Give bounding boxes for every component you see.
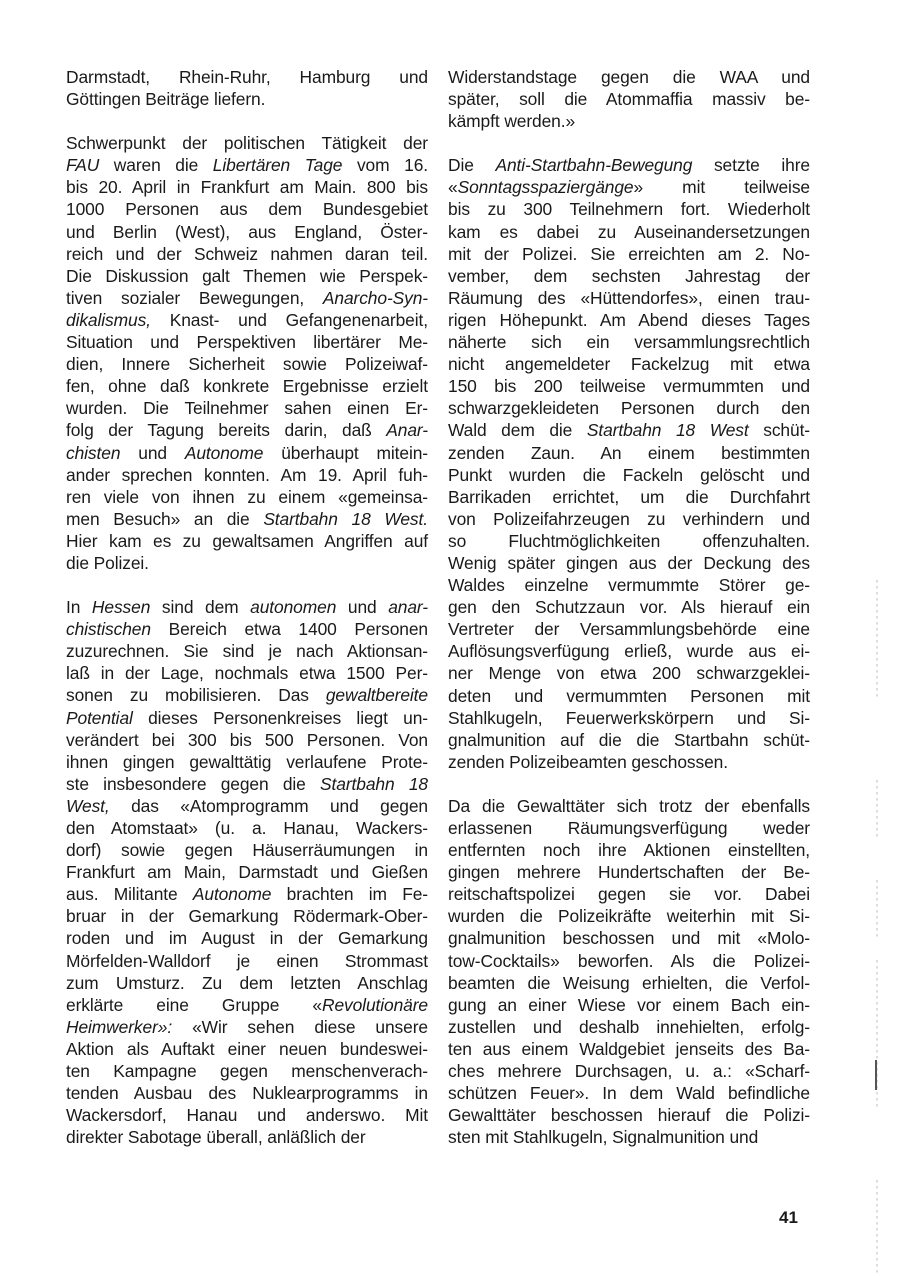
text-line: kämpft werden.»: [448, 110, 810, 132]
text-line: von Polizeifahrzeugen zu verhindern und: [448, 508, 810, 530]
text-line: Da die Gewalttäter sich trotz der ebenfa…: [448, 795, 810, 817]
text-line: wurden. Die Teilnehmer sahen einen Er-: [66, 397, 428, 419]
text-line: gingen mehrere Hundertschaften der Be-: [448, 861, 810, 883]
text-line: Hier kam es zu gewaltsamen Angriffen auf: [66, 530, 428, 552]
text-line: aus. Militante Autonome brachten im Fe-: [66, 883, 428, 905]
text-line: bruar in der Gemarkung Rödermark-Ober-: [66, 905, 428, 927]
text-line: men Besuch» an die Startbahn 18 West.: [66, 508, 428, 530]
text-line: dien, Innere Sicherheit sowie Polizeiwaf…: [66, 353, 428, 375]
text-line: Räumung des «Hüttendorfes», einen trau-: [448, 287, 810, 309]
text-line: zustellen und deshalb innehielten, erfol…: [448, 1016, 810, 1038]
text-line: chistischen Bereich etwa 1400 Personen: [66, 618, 428, 640]
text-line: beamten die Weisung erhielten, die Verfo…: [448, 972, 810, 994]
text-line: bis zu 300 Teilnehmern fort. Wiederholt: [448, 198, 810, 220]
text-line: roden und im August in der Gemarkung: [66, 927, 428, 949]
text-line: Situation und Perspektiven libertärer Me…: [66, 331, 428, 353]
text-line: Auflösungsverfügung erließ, wurde aus ei…: [448, 640, 810, 662]
text-line: chisten und Autonome überhaupt mitein-: [66, 442, 428, 464]
text-line: erklärte eine Gruppe «Revolutionäre: [66, 994, 428, 1016]
text-line: tenden Ausbau des Nuklearprogramms in: [66, 1082, 428, 1104]
text-line: fen, ohne daß konkrete Ergebnisse erziel…: [66, 375, 428, 397]
text-line: ihnen gingen gewalttätig verlaufene Prot…: [66, 751, 428, 773]
text-line: sten mit Stahlkugeln, Signalmunition und: [448, 1126, 810, 1148]
right-column: Widerstandstage gegen die WAA undspäter,…: [448, 66, 810, 1148]
scan-edge-mark: [875, 1060, 877, 1090]
text-line: schützen Feuer». In dem Wald befindliche: [448, 1082, 810, 1104]
text-line: tiven sozialer Bewegungen, Anarcho-Syn-: [66, 287, 428, 309]
text-line: Die Diskussion galt Themen wie Perspek-: [66, 265, 428, 287]
text-line: tow-Cocktails» beworfen. Als die Polizei…: [448, 950, 810, 972]
text-line: ner Menge von etwa 200 schwarzgeklei-: [448, 662, 810, 684]
paragraph: Die Anti-Startbahn-Bewegung setzte ihre«…: [448, 154, 810, 773]
text-line: reich und der Schweiz nahmen daran teil.: [66, 243, 428, 265]
text-line: zenden Zaun. An einem bestimmten: [448, 442, 810, 464]
text-line: ten Kampagne gegen menschenverach-: [66, 1060, 428, 1082]
text-line: laß in der Lage, nochmals etwa 1500 Per-: [66, 662, 428, 684]
text-line: folg der Tagung bereits darin, daß Anar-: [66, 419, 428, 441]
text-line: Punkt wurden die Fackeln gelöscht und: [448, 464, 810, 486]
text-line: Die Anti-Startbahn-Bewegung setzte ihre: [448, 154, 810, 176]
text-line: kam es dabei zu Auseinandersetzungen: [448, 221, 810, 243]
text-line: Mörfelden-Walldorf je einen Strommast: [66, 950, 428, 972]
text-line: dorf) sowie gegen Häuserräumungen in: [66, 839, 428, 861]
text-line: Barrikaden errichtet, um die Durchfahrt: [448, 486, 810, 508]
text-line: Widerstandstage gegen die WAA und: [448, 66, 810, 88]
text-line: den Atomstaat» (u. a. Hanau, Wackers-: [66, 817, 428, 839]
text-line: sonen zu mobilisieren. Das gewaltbereite: [66, 684, 428, 706]
paragraph: In Hessen sind dem autonomen und anar-ch…: [66, 596, 428, 1148]
text-line: Darmstadt, Rhein-Ruhr, Hamburg und: [66, 66, 428, 88]
text-line: ste insbesondere gegen die Startbahn 18: [66, 773, 428, 795]
text-line: Frankfurt am Main, Darmstadt und Gießen: [66, 861, 428, 883]
text-line: ren viele von ihnen zu einem «gemeinsa-: [66, 486, 428, 508]
text-line: später, soll die Atommaffia massiv be-: [448, 88, 810, 110]
text-line: 150 bis 200 teilweise vermummten und: [448, 375, 810, 397]
text-line: Aktion als Auftakt einer neuen bundeswei…: [66, 1038, 428, 1060]
text-line: In Hessen sind dem autonomen und anar-: [66, 596, 428, 618]
text-line: die Polizei.: [66, 552, 428, 574]
text-line: gnalmunition auf die die Startbahn schüt…: [448, 729, 810, 751]
scan-edge-artifact: [876, 580, 878, 700]
text-line: reitschaftspolizei gegen sie vor. Dabei: [448, 883, 810, 905]
text-line: ander sprechen konnten. Am 19. April fuh…: [66, 464, 428, 486]
text-line: wurden die Polizeikräfte weiterhin mit S…: [448, 905, 810, 927]
text-line: gung an einer Wiese vor einem Bach ein-: [448, 994, 810, 1016]
text-line: direkter Sabotage überall, anläßlich der: [66, 1126, 428, 1148]
scan-edge-artifact: [876, 1180, 878, 1276]
text-line: Wackersdorf, Hanau und anderswo. Mit: [66, 1104, 428, 1126]
text-line: Wenig später gingen aus der Deckung des: [448, 552, 810, 574]
text-line: und Berlin (West), aus England, Öster-: [66, 221, 428, 243]
text-line: Waldes einzelne vermummte Störer ge-: [448, 574, 810, 596]
text-line: rigen Höhepunkt. Am Abend dieses Tages: [448, 309, 810, 331]
text-line: näherte sich ein versammlungsrechtlich: [448, 331, 810, 353]
left-column: Darmstadt, Rhein-Ruhr, Hamburg undGöttin…: [66, 66, 428, 1148]
paragraph: Widerstandstage gegen die WAA undspäter,…: [448, 66, 810, 132]
text-line: Göttingen Beiträge liefern.: [66, 88, 428, 110]
text-line: gen den Schutzzaun vor. Als hierauf ein: [448, 596, 810, 618]
text-line: zuzurechnen. Sie sind je nach Aktionsan-: [66, 640, 428, 662]
text-line: vember, dem sechsten Jahrestag der: [448, 265, 810, 287]
text-line: Potential dieses Personenkreises liegt u…: [66, 707, 428, 729]
paragraph: Da die Gewalttäter sich trotz der ebenfa…: [448, 795, 810, 1149]
text-line: ten aus einem Waldgebiet jenseits des Ba…: [448, 1038, 810, 1060]
text-line: bis 20. April in Frankfurt am Main. 800 …: [66, 176, 428, 198]
paragraph: Schwerpunkt der politischen Tätigkeit de…: [66, 132, 428, 574]
text-line: deten und vermummten Personen mit: [448, 685, 810, 707]
text-line: zum Umsturz. Zu dem letzten Anschlag: [66, 972, 428, 994]
text-line: erlassenen Räumungsverfügung weder: [448, 817, 810, 839]
text-line: West, das «Atomprogramm und gegen: [66, 795, 428, 817]
text-line: nicht angemeldeter Fackelzug mit etwa: [448, 353, 810, 375]
text-line: Schwerpunkt der politischen Tätigkeit de…: [66, 132, 428, 154]
text-line: ches mehrere Durchsagen, u. a.: «Scharf-: [448, 1060, 810, 1082]
scan-edge-artifact: [876, 780, 878, 840]
document-page: Darmstadt, Rhein-Ruhr, Hamburg undGöttin…: [0, 0, 900, 1276]
text-line: Gewalttäter beschossen hierauf die Poliz…: [448, 1104, 810, 1126]
text-line: «Sonntagsspaziergänge» mit teilweise: [448, 176, 810, 198]
text-line: 1000 Personen aus dem Bundesgebiet: [66, 198, 428, 220]
text-line: zenden Polizeibeamten geschossen.: [448, 751, 810, 773]
page-number: 41: [779, 1208, 798, 1228]
text-line: verändert bei 300 bis 500 Personen. Von: [66, 729, 428, 751]
scan-edge-artifact: [876, 880, 878, 940]
text-line: entfernten noch ihre Aktionen einstellte…: [448, 839, 810, 861]
paragraph: Darmstadt, Rhein-Ruhr, Hamburg undGöttin…: [66, 66, 428, 110]
text-line: FAU waren die Libertären Tage vom 16.: [66, 154, 428, 176]
text-line: schwarzgekleideten Personen durch den: [448, 397, 810, 419]
text-line: dikalismus, Knast- und Gefangenenarbeit,: [66, 309, 428, 331]
text-line: gnalmunition beschossen und mit «Molo-: [448, 927, 810, 949]
text-line: mit der Polizei. Sie erreichten am 2. No…: [448, 243, 810, 265]
text-line: Stahlkugeln, Feuerwerkskörpern und Si-: [448, 707, 810, 729]
text-line: Heimwerker»: «Wir sehen diese unsere: [66, 1016, 428, 1038]
text-line: Wald dem die Startbahn 18 West schüt-: [448, 419, 810, 441]
text-line: so Fluchtmöglichkeiten offenzuhalten.: [448, 530, 810, 552]
text-line: Vertreter der Versammlungsbehörde eine: [448, 618, 810, 640]
